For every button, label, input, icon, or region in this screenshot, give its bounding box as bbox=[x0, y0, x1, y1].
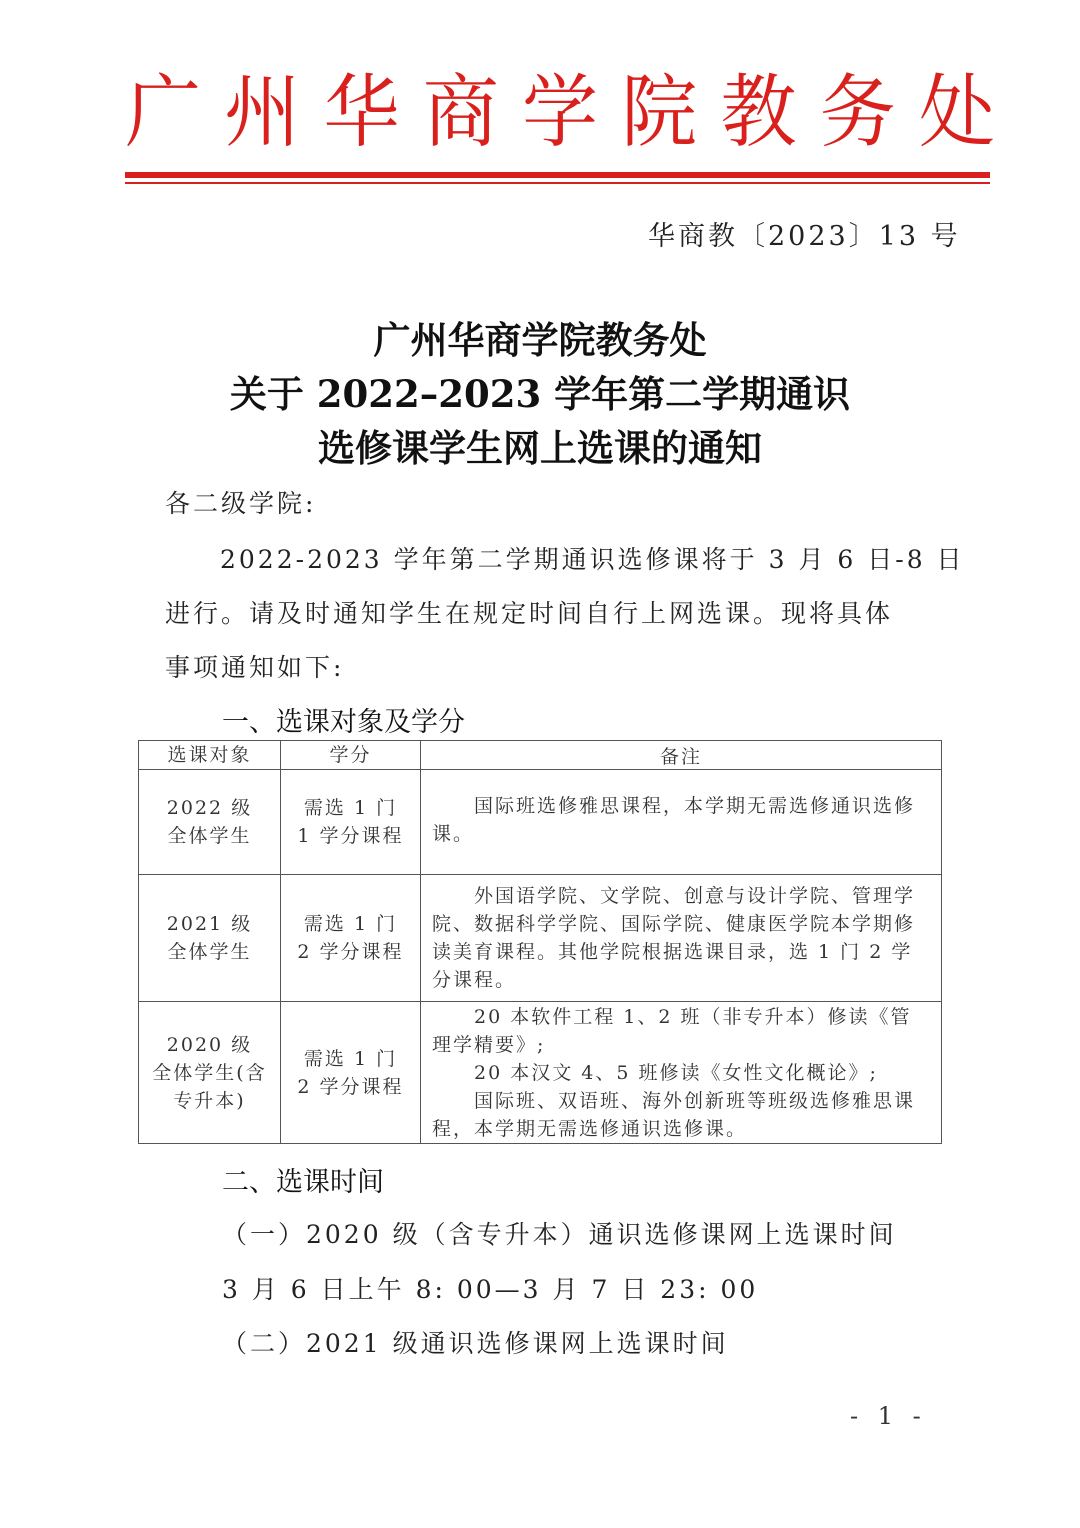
course-credit-table: 选课对象 学分 备注 2022 级 全体学生 需选 1 门 1 学分课程 国际班… bbox=[138, 740, 942, 1144]
salutation: 各二级学院: bbox=[165, 484, 316, 520]
section1-heading: 一、选课对象及学分 bbox=[222, 700, 465, 739]
credit-line: 需选 1 门 bbox=[282, 794, 419, 822]
note-paragraph: 外国语学院、文学院、创意与设计学院、管理学院、数据科学学院、国际学院、健康医学院… bbox=[432, 882, 931, 994]
table-header-credit: 学分 bbox=[281, 741, 421, 770]
section2-heading: 二、选课时间 bbox=[222, 1160, 384, 1199]
page-number: - 1 - bbox=[850, 1402, 927, 1430]
doc-title-line3: 选修课学生网上选课的通知 bbox=[0, 418, 1080, 472]
section2-item1-time: 3 月 6 日上午 8: 00—3 月 7 日 23: 00 bbox=[222, 1270, 758, 1306]
credit-line: 2 学分课程 bbox=[282, 1073, 419, 1101]
masthead-rule-thick bbox=[125, 172, 990, 178]
target-line: 全体学生(含 bbox=[140, 1059, 279, 1087]
credit-line: 1 学分课程 bbox=[282, 822, 419, 850]
doc-title-line1: 广州华商学院教务处 bbox=[0, 310, 1080, 364]
note-paragraph: 国际班选修雅思课程，本学期无需选修通识选修课。 bbox=[432, 792, 931, 848]
cell-target: 2022 级 全体学生 bbox=[139, 770, 281, 875]
table-header-target: 选课对象 bbox=[139, 741, 281, 770]
masthead-char: 院 bbox=[621, 72, 697, 152]
intro-line2: 进行。请及时通知学生在规定时间自行上网选课。现将具体 bbox=[165, 594, 893, 630]
intro-line3: 事项通知如下: bbox=[165, 648, 344, 684]
credit-line: 需选 1 门 bbox=[282, 910, 419, 938]
credit-line: 2 学分课程 bbox=[282, 938, 419, 966]
table-header-notes: 备注 bbox=[421, 741, 942, 770]
masthead-char: 商 bbox=[423, 72, 499, 152]
cell-credit: 需选 1 门 1 学分课程 bbox=[281, 770, 421, 875]
target-line: 2022 级 bbox=[140, 794, 279, 822]
cell-notes: 外国语学院、文学院、创意与设计学院、管理学院、数据科学学院、国际学院、健康医学院… bbox=[421, 875, 942, 1002]
masthead-char: 务 bbox=[820, 72, 896, 152]
target-line: 专升本) bbox=[140, 1087, 279, 1115]
cell-target: 2021 级 全体学生 bbox=[139, 875, 281, 1002]
masthead-char: 华 bbox=[324, 72, 400, 152]
doc-title-line2: 关于 2022–2023 学年第二学期通识 bbox=[0, 364, 1080, 418]
note-paragraph: 20 本汉文 4、5 班修读《女性文化概论》; bbox=[432, 1059, 931, 1087]
section2-item1-label: （一）2020 级（含专升本）通识选修课网上选课时间 bbox=[222, 1215, 897, 1251]
masthead-char: 教 bbox=[721, 72, 797, 152]
target-line: 2021 级 bbox=[140, 910, 279, 938]
cell-notes: 国际班选修雅思课程，本学期无需选修通识选修课。 bbox=[421, 770, 942, 875]
table-row: 2020 级 全体学生(含 专升本) 需选 1 门 2 学分课程 20 本软件工… bbox=[139, 1002, 942, 1144]
target-line: 全体学生 bbox=[140, 822, 279, 850]
cell-target: 2020 级 全体学生(含 专升本) bbox=[139, 1002, 281, 1144]
masthead-char: 学 bbox=[522, 72, 598, 152]
credit-line: 需选 1 门 bbox=[282, 1045, 419, 1073]
masthead-char: 州 bbox=[224, 72, 300, 152]
document-number: 华商教〔2023〕13 号 bbox=[648, 214, 961, 253]
masthead-char: 处 bbox=[919, 72, 995, 152]
section2-item2-label: （二）2021 级通识选修课网上选课时间 bbox=[222, 1324, 729, 1360]
masthead-rule-thin bbox=[125, 182, 990, 184]
target-line: 全体学生 bbox=[140, 938, 279, 966]
table-row: 2022 级 全体学生 需选 1 门 1 学分课程 国际班选修雅思课程，本学期无… bbox=[139, 770, 942, 875]
cell-credit: 需选 1 门 2 学分课程 bbox=[281, 1002, 421, 1144]
note-paragraph: 国际班、双语班、海外创新班等班级选修雅思课程，本学期无需选修通识选修课。 bbox=[432, 1087, 931, 1143]
cell-credit: 需选 1 门 2 学分课程 bbox=[281, 875, 421, 1002]
table-header-row: 选课对象 学分 备注 bbox=[139, 741, 942, 770]
masthead-title: 广 州 华 商 学 院 教 务 处 bbox=[125, 62, 995, 162]
table-row: 2021 级 全体学生 需选 1 门 2 学分课程 外国语学院、文学院、创意与设… bbox=[139, 875, 942, 1002]
intro-line1: 2022-2023 学年第二学期通识选修课将于 3 月 6 日-8 日 bbox=[220, 540, 965, 576]
note-paragraph: 20 本软件工程 1、2 班（非专升本）修读《管理学精要》; bbox=[432, 1003, 931, 1059]
target-line: 2020 级 bbox=[140, 1031, 279, 1059]
cell-notes: 20 本软件工程 1、2 班（非专升本）修读《管理学精要》; 20 本汉文 4、… bbox=[421, 1002, 942, 1144]
masthead-char: 广 bbox=[125, 72, 201, 152]
